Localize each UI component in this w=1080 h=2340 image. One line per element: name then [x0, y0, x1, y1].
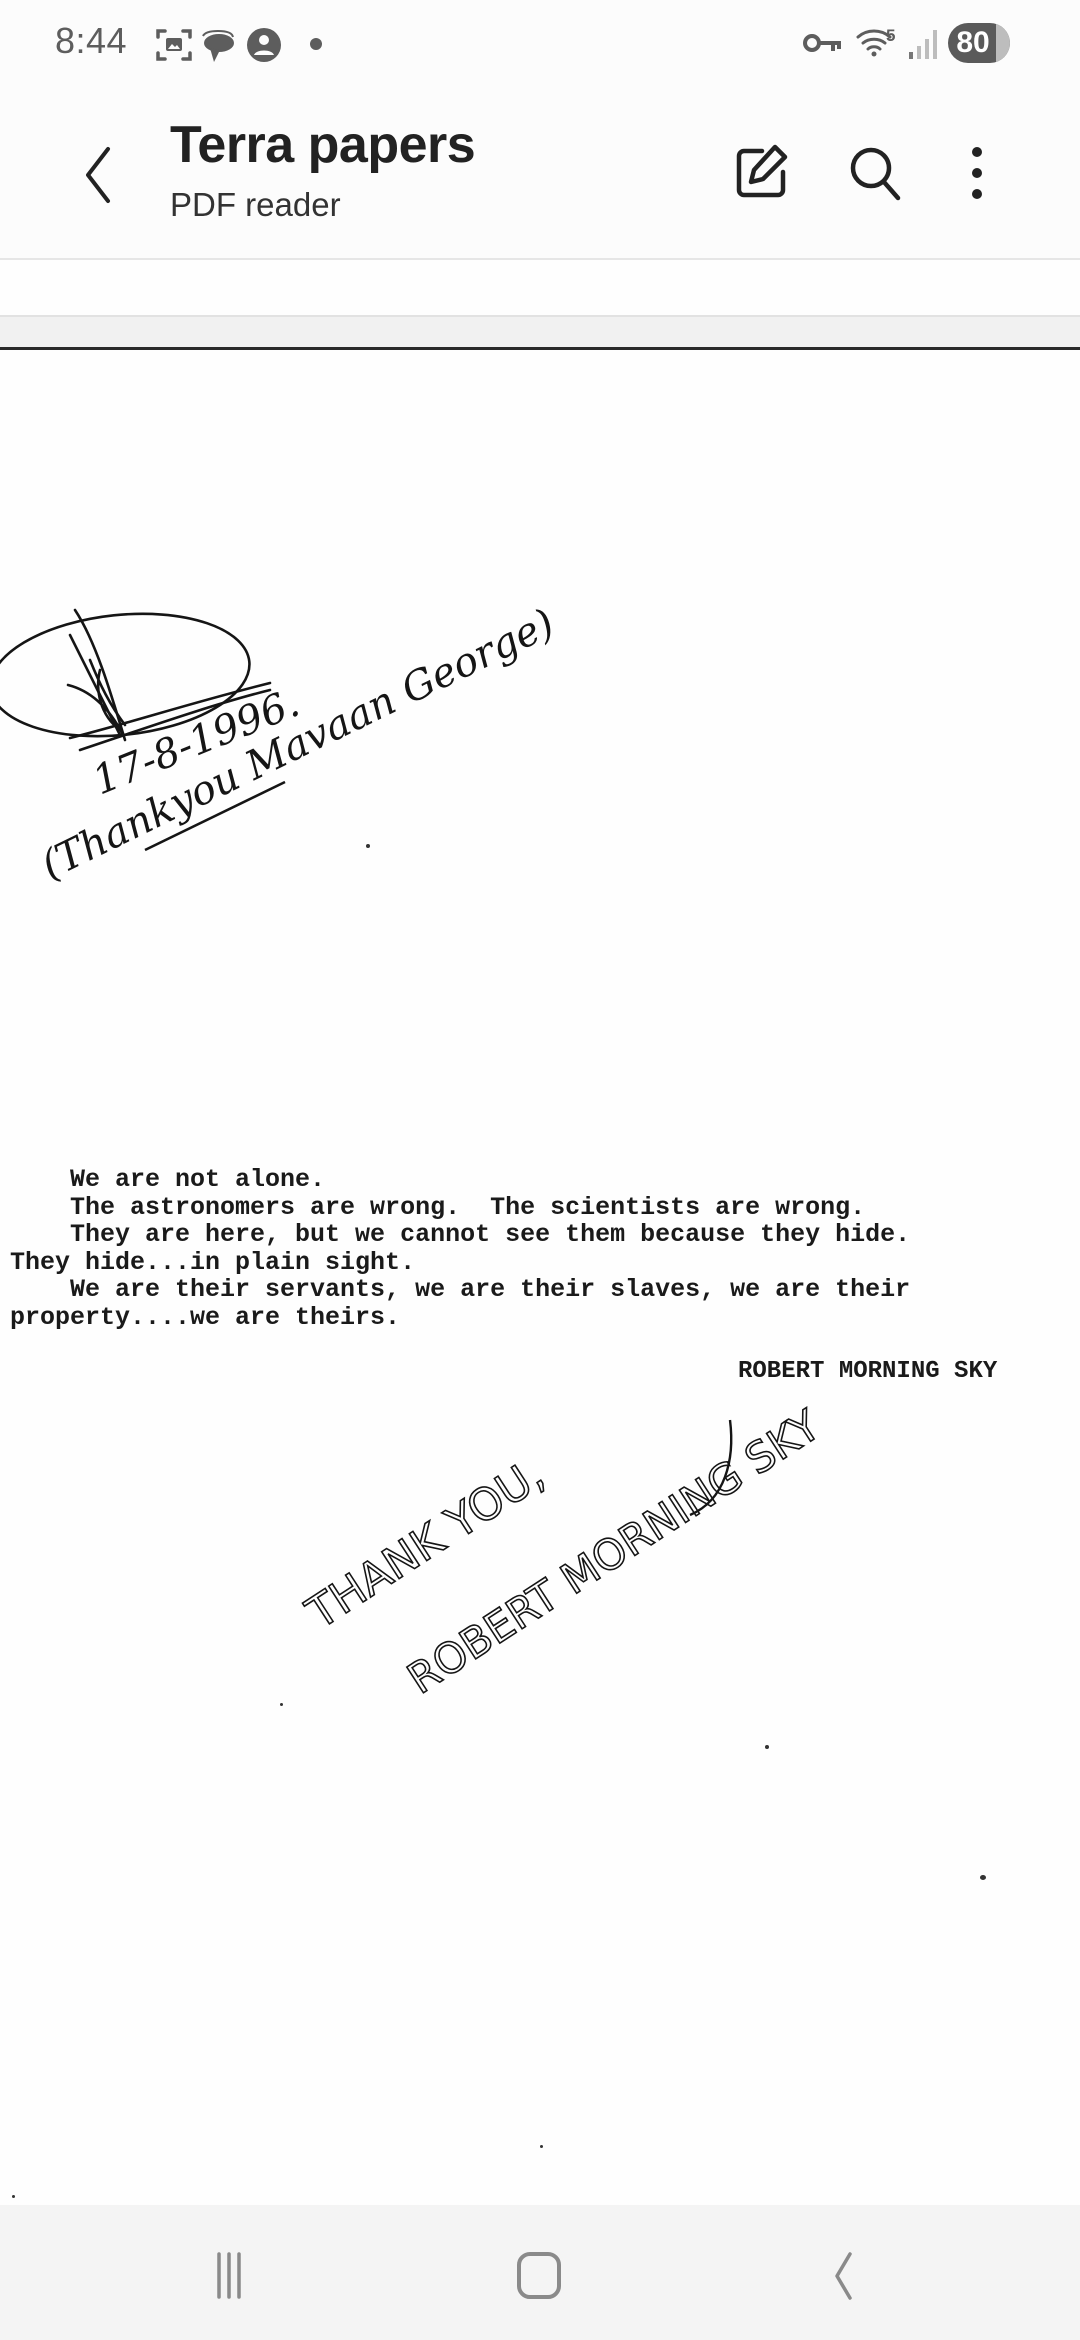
screenshot-icon [155, 26, 193, 64]
chat-bubble-icon [200, 28, 238, 64]
handwritten-signature-top: 17-8-1996. (Thankyou Mavaan George) [0, 580, 600, 910]
app-bar: Terra papers PDF reader [0, 90, 1080, 260]
author-name: ROBERT MORNING SKY [738, 1358, 997, 1385]
back-chevron-icon [88, 149, 108, 201]
pdf-page[interactable]: 17-8-1996. (Thankyou Mavaan George) We a… [0, 350, 1080, 2205]
recents-button[interactable] [190, 2240, 280, 2310]
recents-icon [219, 2254, 239, 2297]
scan-speck [540, 2145, 543, 2148]
page-subtitle: PDF reader [170, 186, 341, 224]
edit-icon [739, 147, 785, 195]
body-line: We are not alone. [10, 1166, 325, 1194]
page-gap [0, 315, 1080, 349]
more-options-icon [972, 147, 982, 199]
scan-speck [980, 1875, 986, 1880]
page-title: Terra papers [170, 115, 475, 175]
scan-speck [366, 844, 370, 848]
nav-back-button[interactable] [795, 2240, 885, 2310]
vpn-key-icon [803, 32, 843, 56]
back-button[interactable] [70, 135, 130, 215]
toolbar-spacer [0, 260, 1080, 315]
body-line: They hide...in plain sight. [10, 1249, 415, 1277]
body-line: They are here, but we cannot see them be… [10, 1221, 910, 1249]
more-options-button[interactable] [942, 138, 1012, 208]
edit-button[interactable] [726, 138, 796, 208]
handwritten-name: ROBERT MORNING SKY [399, 1400, 829, 1703]
notification-dot-icon [310, 38, 322, 50]
body-line: property....we are theirs. [10, 1304, 400, 1332]
handwritten-note: (Thankyou Mavaan George) [34, 600, 561, 889]
status-bar: 8:44 5 80 [0, 0, 1080, 90]
battery-level: 80 [948, 23, 998, 63]
system-nav-bar [0, 2205, 1080, 2340]
handwritten-signature-bottom: THANK YOU, ROBERT MORNING SKY [280, 1400, 880, 1720]
body-line: We are their servants, we are their slav… [10, 1276, 910, 1304]
scan-speck [12, 2195, 15, 2198]
battery-indicator: 80 [948, 23, 1010, 63]
scan-speck [280, 1703, 283, 1706]
body-line: The astronomers are wrong. The scientist… [10, 1194, 865, 1222]
scan-speck [765, 1745, 769, 1749]
wifi-label: 5 [886, 26, 895, 46]
home-icon [519, 2254, 559, 2297]
home-button[interactable] [490, 2240, 580, 2310]
status-time: 8:44 [55, 20, 127, 62]
account-icon [246, 27, 282, 63]
search-button[interactable] [840, 138, 910, 208]
back-icon [837, 2254, 850, 2298]
search-icon [853, 150, 898, 198]
signal-icon [908, 28, 940, 60]
